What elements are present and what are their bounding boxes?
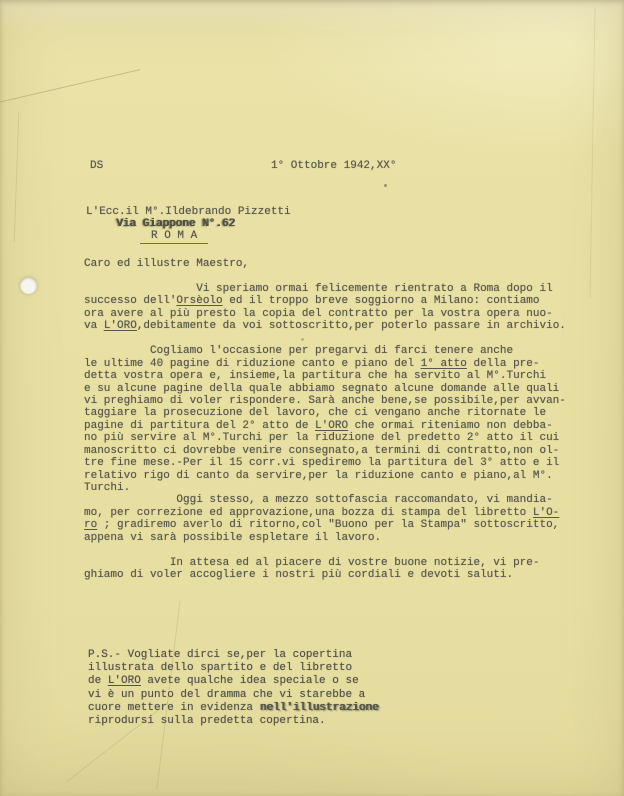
letter-line: cuore mettere in evidenza nell'illustraz… (88, 702, 448, 715)
letter-line: ghiamo di voler accogliere i nostri più … (84, 569, 604, 581)
text-segment: ghiamo di voler accogliere i nostri più … (84, 569, 513, 581)
text-segment: Turchi. (84, 482, 130, 494)
text-segment: va (84, 320, 104, 332)
letter-line: vi è un punto del dramma che vi starebbe… (88, 689, 448, 702)
underlined-text: 1° atto (421, 358, 467, 370)
sender-code: DS (90, 160, 103, 172)
text-segment: illustrata dello spartito e del libretto (88, 662, 352, 674)
text-segment: le ultime 40 pagine di riduzione canto e… (84, 358, 421, 370)
text-segment: detta vostra opera e, insieme,la partitu… (84, 370, 546, 382)
letter-page: DS 1° Ottobre 1942,XX° L'Ecc.il M°.Ildeb… (0, 0, 624, 796)
underlined-text: L'ORO (108, 675, 141, 687)
letter-line: vi preghiamo di voler rispondere. Sarà a… (84, 395, 604, 407)
text-segment: Cogliamo l'occasione per pregarvi di far… (84, 345, 513, 357)
letter-line: tre fine mese.-Per il 15 corr.vi spedire… (84, 457, 604, 469)
letter-line: relativo rigo di canto da servire,per la… (84, 470, 604, 482)
ink-speck (384, 184, 387, 187)
overstruck-text: nell'illustrazione (260, 702, 379, 714)
recipient-city: R O M A (140, 230, 208, 244)
letter-line: riprodursi sulla predetta copertina. (88, 715, 448, 728)
text-segment: cuore mettere in evidenza (88, 702, 260, 714)
recipient-name: L'Ecc.il M°.Ildebrando Pizzetti (86, 206, 291, 218)
letter-line: manoscritto ci dovrebbe venire consegnat… (84, 445, 604, 457)
text-segment: Vi speriamo ormai felicemente rientrato … (84, 283, 553, 295)
text-segment: ed il troppo breve soggiorno a Milano: c… (223, 295, 540, 307)
letter-line: illustrata dello spartito e del libretto (88, 662, 448, 675)
letter-line: va L'ORO,debitamente da voi sottoscritto… (84, 320, 604, 332)
text-segment: ora avere al più presto la copia del con… (84, 308, 553, 320)
letter-line: ro ; gradiremo averlo di ritorno,col "Bu… (84, 519, 604, 531)
letter-line: de L'ORO avete qualche idea speciale o s… (88, 675, 448, 688)
letter-date: 1° Ottobre 1942,XX° (271, 160, 396, 172)
letter-line: e su alcune pagine della quale abbiamo s… (84, 383, 604, 395)
text-segment: taggiare la prosecuzione del lavoro, che… (84, 407, 546, 419)
text-segment: pagine di partitura del 2° atto de (84, 420, 315, 432)
recipient-street: Via Giappone N°.62 (116, 218, 235, 230)
paper-crease (14, 112, 20, 242)
text-segment: vi preghiamo di voler rispondere. Sarà a… (84, 395, 566, 407)
letter-line: successo dell'Orsèolo ed il troppo breve… (84, 295, 604, 307)
text-segment: tre fine mese.-Per il 15 corr.vi spedire… (84, 457, 559, 469)
underlined-text: L'O- (533, 507, 559, 519)
paper-crease (589, 8, 595, 298)
letter-line: pagine di partitura del 2° atto de L'ORO… (84, 420, 604, 432)
text-segment: e su alcune pagine della quale abbiamo s… (84, 383, 559, 395)
letter-line: detta vostra opera e, insieme,la partitu… (84, 370, 604, 382)
text-segment: successo dell' (84, 295, 176, 307)
text-segment: mo, per correzione ed approvazione,una b… (84, 507, 533, 519)
underlined-text: ro (84, 519, 97, 531)
hole-punch (20, 277, 37, 294)
letter-line: mo, per correzione ed approvazione,una b… (84, 507, 604, 519)
letter-line: Vi speriamo ormai felicemente rientrato … (84, 283, 604, 295)
letter-line: Oggi stesso, a mezzo sottofascia raccoma… (84, 494, 604, 506)
text-segment: relativo rigo di canto da servire,per la… (84, 470, 553, 482)
text-segment: che ormai riteniamo non debba- (348, 420, 553, 432)
letter-body: Vi speriamo ormai felicemente rientrato … (84, 283, 604, 582)
letter-line: le ultime 40 pagine di riduzione canto e… (84, 358, 604, 370)
text-segment: ,debitamente da voi sottoscritto,per pot… (137, 320, 566, 332)
text-segment: appena vi sarà possibile espletare il la… (84, 532, 381, 544)
text-segment: no più servire al M°.Turchi per la riduz… (84, 432, 559, 444)
text-segment: manoscritto ci dovrebbe venire consegnat… (84, 445, 559, 457)
letter-line: Cogliamo l'occasione per pregarvi di far… (84, 345, 604, 357)
text-segment: P.S.- Vogliate dirci se,per la copertina (88, 649, 352, 661)
text-segment: ; gradiremo averlo di ritorno,col "Buono… (97, 519, 559, 531)
letter-line: taggiare la prosecuzione del lavoro, che… (84, 407, 604, 419)
text-segment: vi è un punto del dramma che vi starebbe… (88, 689, 365, 701)
text-segment: della pre- (467, 358, 540, 370)
underlined-text: L'ORO (315, 420, 348, 432)
letter-line: no più servire al M°.Turchi per la riduz… (84, 432, 604, 444)
text-segment: Oggi stesso, a mezzo sottofascia raccoma… (84, 494, 553, 506)
paper-crease (0, 69, 140, 104)
text-segment: riprodursi sulla predetta copertina. (88, 715, 326, 727)
text-segment: avete qualche idea speciale o se (141, 675, 359, 687)
underlined-text: L'ORO (104, 320, 137, 332)
letter-line: Turchi. (84, 482, 604, 494)
underlined-text: Orsèolo (176, 295, 222, 307)
letter-line: ora avere al più presto la copia del con… (84, 308, 604, 320)
text-segment: de (88, 675, 108, 687)
salutation: Caro ed illustre Maestro, (84, 258, 249, 270)
letter-line: appena vi sarà possibile espletare il la… (84, 532, 604, 544)
postscript: P.S.- Vogliate dirci se,per la copertina… (88, 649, 448, 728)
letter-line: In attesa ed al piacere di vostre buone … (84, 557, 604, 569)
letter-line: P.S.- Vogliate dirci se,per la copertina (88, 649, 448, 662)
text-segment: In attesa ed al piacere di vostre buone … (84, 557, 539, 569)
